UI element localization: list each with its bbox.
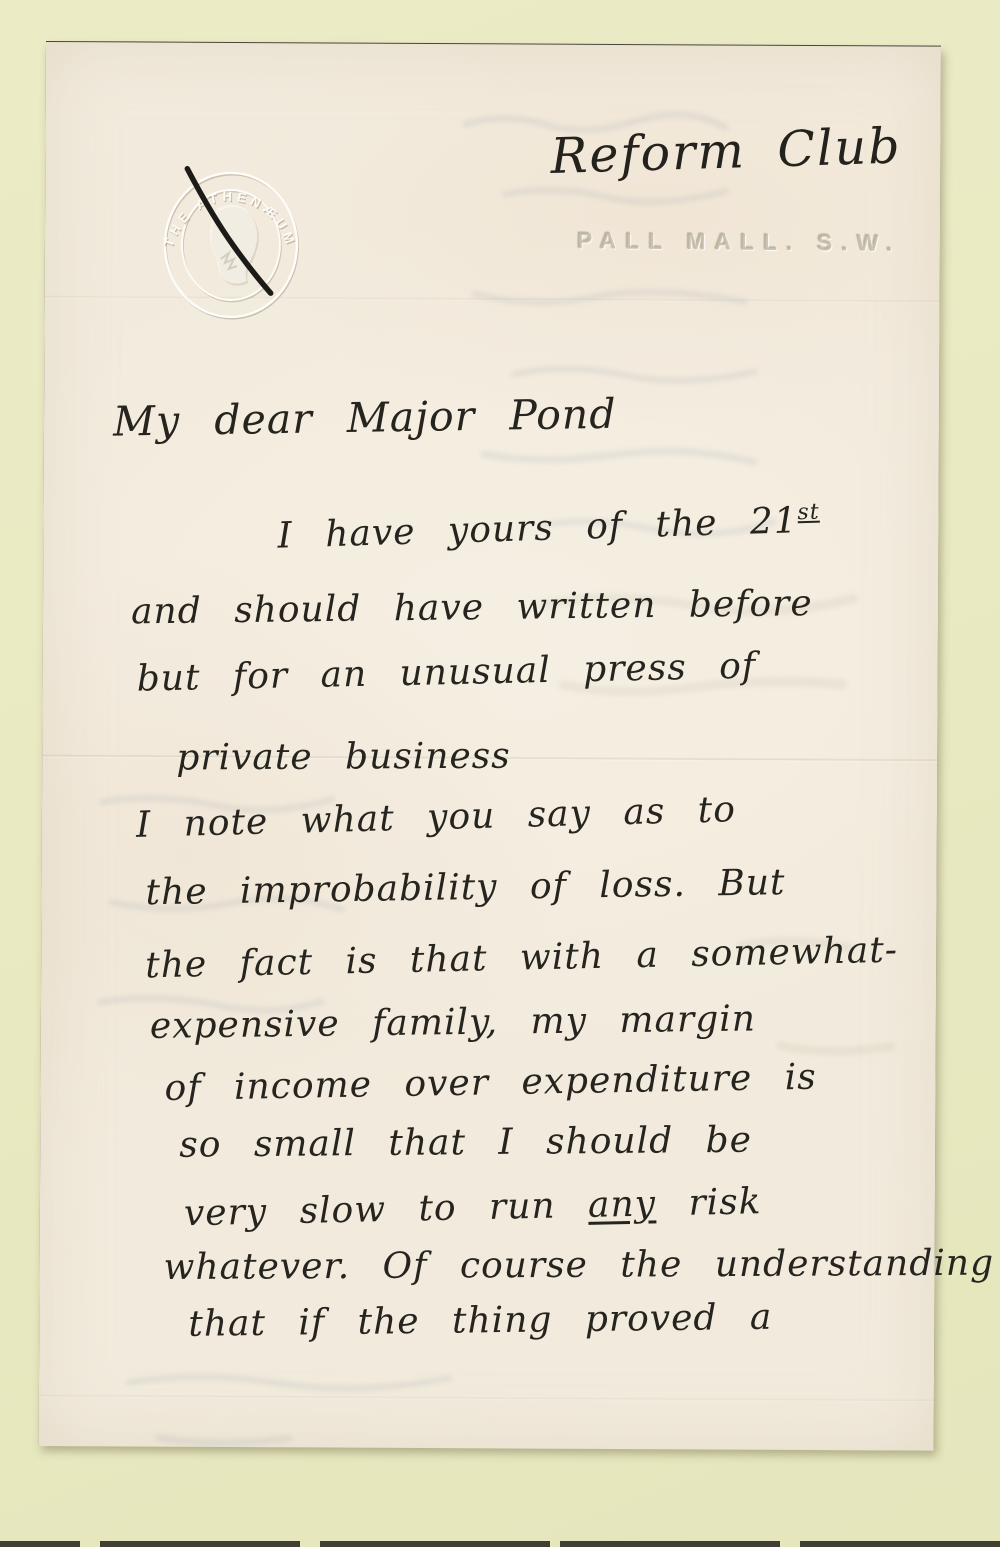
letter-line: the fact is that with a somewhat- [145, 930, 898, 987]
line-text: but for an unusual press of [136, 646, 756, 700]
letter-line: of income over expenditure is [164, 1057, 817, 1109]
line-text: that if the thing proved a [188, 1297, 773, 1345]
line-text: so small that I should be [179, 1120, 752, 1166]
seal-cancellation-ink-stroke [173, 161, 286, 312]
letter-line: private business [176, 736, 511, 779]
letter-line: the improbability of loss. But [145, 862, 785, 913]
letter-line: so small that I should be [179, 1120, 752, 1166]
letter-line: that if the thing proved a [188, 1297, 773, 1345]
line-text: and should have written before [131, 583, 813, 632]
line-text: risk [656, 1181, 762, 1224]
scan-edge-strip [0, 1541, 1000, 1547]
letter-paper: THE ATHENÆUM THE ATHENÆUM Reform Club PA… [39, 42, 941, 1451]
letter-line: I note what you say as to [136, 789, 737, 846]
letter-line: but for an unusual press of [136, 646, 756, 700]
letter-line: I have yours of the 21st [277, 500, 820, 557]
letterhead-address-embossed: PALL MALL. S.W. [577, 227, 902, 257]
salutation-text: My dear Major Pond [113, 390, 617, 446]
underlined-word: any [588, 1183, 657, 1225]
line-text: I have yours of the 21 [277, 500, 798, 556]
scan-mat-background: THE ATHENÆUM THE ATHENÆUM Reform Club PA… [0, 0, 1000, 1547]
letterhead-club-name: Reform Club [550, 116, 972, 185]
line-text: expensive family, my margin [150, 998, 757, 1046]
letter-line: very slow to run any risk [184, 1181, 762, 1234]
line-text: the improbability of loss. But [145, 862, 785, 913]
letter-line: and should have written before [131, 583, 813, 632]
line-text: the fact is that with a somewhat- [145, 930, 898, 987]
line-text: very slow to run [184, 1185, 589, 1234]
letter-line: expensive family, my margin [150, 998, 757, 1046]
letter-line: whatever. Of course the understanding [164, 1243, 995, 1288]
line-text: private business [176, 736, 511, 779]
letter-salutation: My dear Major Pond [113, 390, 617, 446]
line-text: whatever. Of course the understanding [164, 1243, 995, 1288]
ordinal-superscript: st [797, 500, 820, 526]
paper-crease [39, 1394, 934, 1403]
line-text: I note what you say as to [136, 789, 737, 846]
line-text: of income over expenditure is [164, 1057, 817, 1109]
